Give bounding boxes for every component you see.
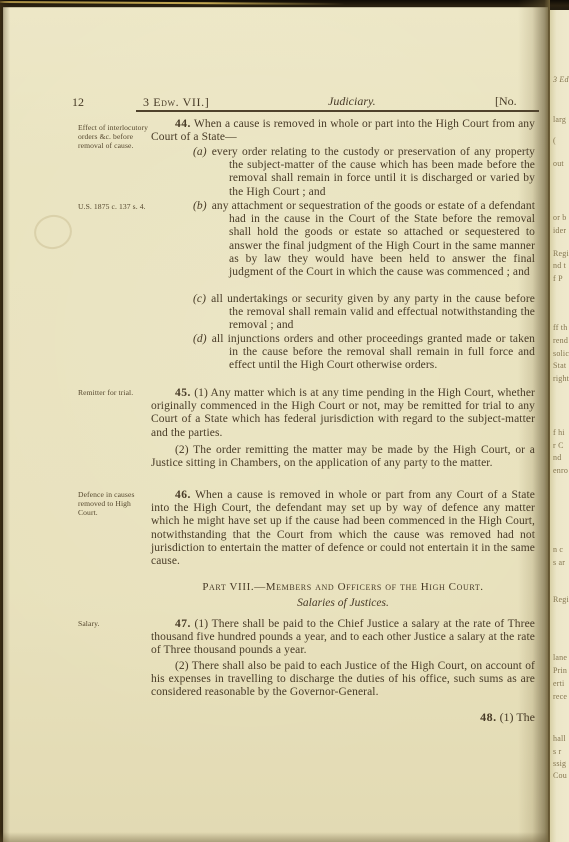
section-47-p2: (2) There shall also be paid to each Jus… [151, 660, 535, 700]
section-45-p2: (2) The order remitting the matter may b… [151, 444, 535, 470]
section-44-intro: 44. When a cause is removed in whole or … [151, 118, 535, 144]
edge-fragment: 3 Ed [553, 75, 569, 84]
edge-fragment: solic [553, 349, 569, 358]
edge-fragment: Regi [553, 249, 569, 258]
scan-bottom-edge [0, 832, 569, 842]
section-44-clause-b: (b)any attachment or sequestration of th… [151, 200, 535, 279]
edge-fragment: s r [553, 747, 569, 756]
edge-fragment: Stat [553, 361, 569, 370]
section-46-p1-text: When a cause is removed in whole or part… [151, 489, 535, 567]
scan-left-edge [0, 0, 10, 842]
margin-note-defence: Defence in causes removed to High Court. [78, 490, 150, 517]
edge-fragment: larg [553, 115, 569, 124]
section-45-p2-text: (2) The order remitting the matter may b… [151, 444, 535, 469]
edge-fragment: erti [553, 679, 569, 688]
edge-fragment: rece [553, 692, 569, 701]
section-44-clause-a: (a)every order relating to the custody o… [151, 146, 535, 199]
edge-fragment: f hi [553, 428, 569, 437]
catchword-number: 48. [480, 710, 497, 724]
section-47-p2-text: (2) There shall also be paid to each Jus… [151, 660, 535, 698]
edge-fragment: out [553, 159, 569, 168]
edge-fragment: nd [553, 453, 569, 462]
edge-fragment: nd t [553, 261, 569, 270]
section-45-p1: 45. (1) Any matter which is at any time … [151, 387, 535, 440]
section-44-intro-text: When a cause is removed in whole or part… [151, 118, 535, 143]
edge-fragment: ff th [553, 323, 569, 332]
edge-fragment: or b [553, 213, 569, 222]
margin-note-us-citation: U.S. 1875 c. 137 s. 4. [78, 202, 150, 211]
section-47-number: 47. [175, 618, 191, 630]
section-44-clause-d: (d)all injunctions orders and other proc… [151, 333, 535, 373]
salaries-subheading: Salaries of Justices. [151, 597, 535, 609]
edge-fragment: ider [553, 226, 569, 235]
next-page-edge: 3 Ed larg ( out or b ider Regi nd t f P … [550, 10, 569, 842]
edge-fragment: s ar [553, 558, 569, 567]
clause-c-text: all undertakings or security given by an… [211, 293, 535, 331]
edge-fragment: Regi [553, 595, 569, 604]
catchword-48: 48. (1) The [151, 710, 535, 725]
clause-a-label: (a) [193, 146, 207, 158]
running-title: Judiciary. [328, 94, 376, 109]
section-47-p1-text: (1) There shall be paid to the Chief Jus… [151, 618, 535, 656]
edge-fragment: Cou [553, 771, 569, 780]
edge-fragment: n c [553, 545, 569, 554]
page-number: 12 [72, 95, 84, 110]
edge-fragment: enro [553, 466, 569, 475]
margin-note-remitter: Remitter for trial. [78, 388, 150, 397]
edge-fragment: right [553, 374, 569, 383]
section-45-p1-text: (1) Any matter which is at any time pend… [151, 387, 535, 439]
section-46-number: 46. [175, 489, 191, 501]
edge-fragment: r C [553, 441, 569, 450]
clause-d-text: all injunctions orders and other proceed… [212, 333, 535, 371]
margin-note-salary: Salary. [78, 619, 150, 628]
edge-fragment: f P [553, 274, 569, 283]
catchword-text: (1) The [497, 710, 535, 724]
edge-fragment: lane [553, 653, 569, 662]
edge-fragment: ssig [553, 759, 569, 768]
section-47-p1: 47. (1) There shall be paid to the Chief… [151, 618, 535, 658]
section-46-p1: 46. When a cause is removed in whole or … [151, 489, 535, 568]
edge-fragment: hall [553, 734, 569, 743]
clause-a-text: every order relating to the custody or p… [212, 146, 535, 198]
header-number-mark: [No. [495, 94, 517, 109]
clause-d-label: (d) [193, 333, 207, 345]
edge-fragment: ( [553, 136, 569, 145]
clause-b-text: any attachment or sequestration of the g… [212, 200, 535, 278]
section-44-clause-c: (c)all undertakings or security given by… [151, 293, 535, 333]
scanned-statute-page: { "colors": { "paper": "#e9e3bf", "ink":… [0, 0, 569, 842]
part-viii-heading: Part VIII.—Members and Officers of the H… [151, 581, 535, 593]
header-rule [136, 110, 539, 112]
clause-c-label: (c) [193, 293, 206, 305]
section-44-number: 44. [175, 118, 191, 130]
clause-b-label: (b) [193, 200, 207, 212]
regnal-year: 3 Edw. VII.] [143, 95, 209, 110]
margin-note-effect: Effect of interlocutory orders &c. befor… [78, 123, 150, 150]
section-45-number: 45. [175, 387, 191, 399]
edge-fragment: Prin [553, 666, 569, 675]
edge-fragment: rend [553, 336, 569, 345]
